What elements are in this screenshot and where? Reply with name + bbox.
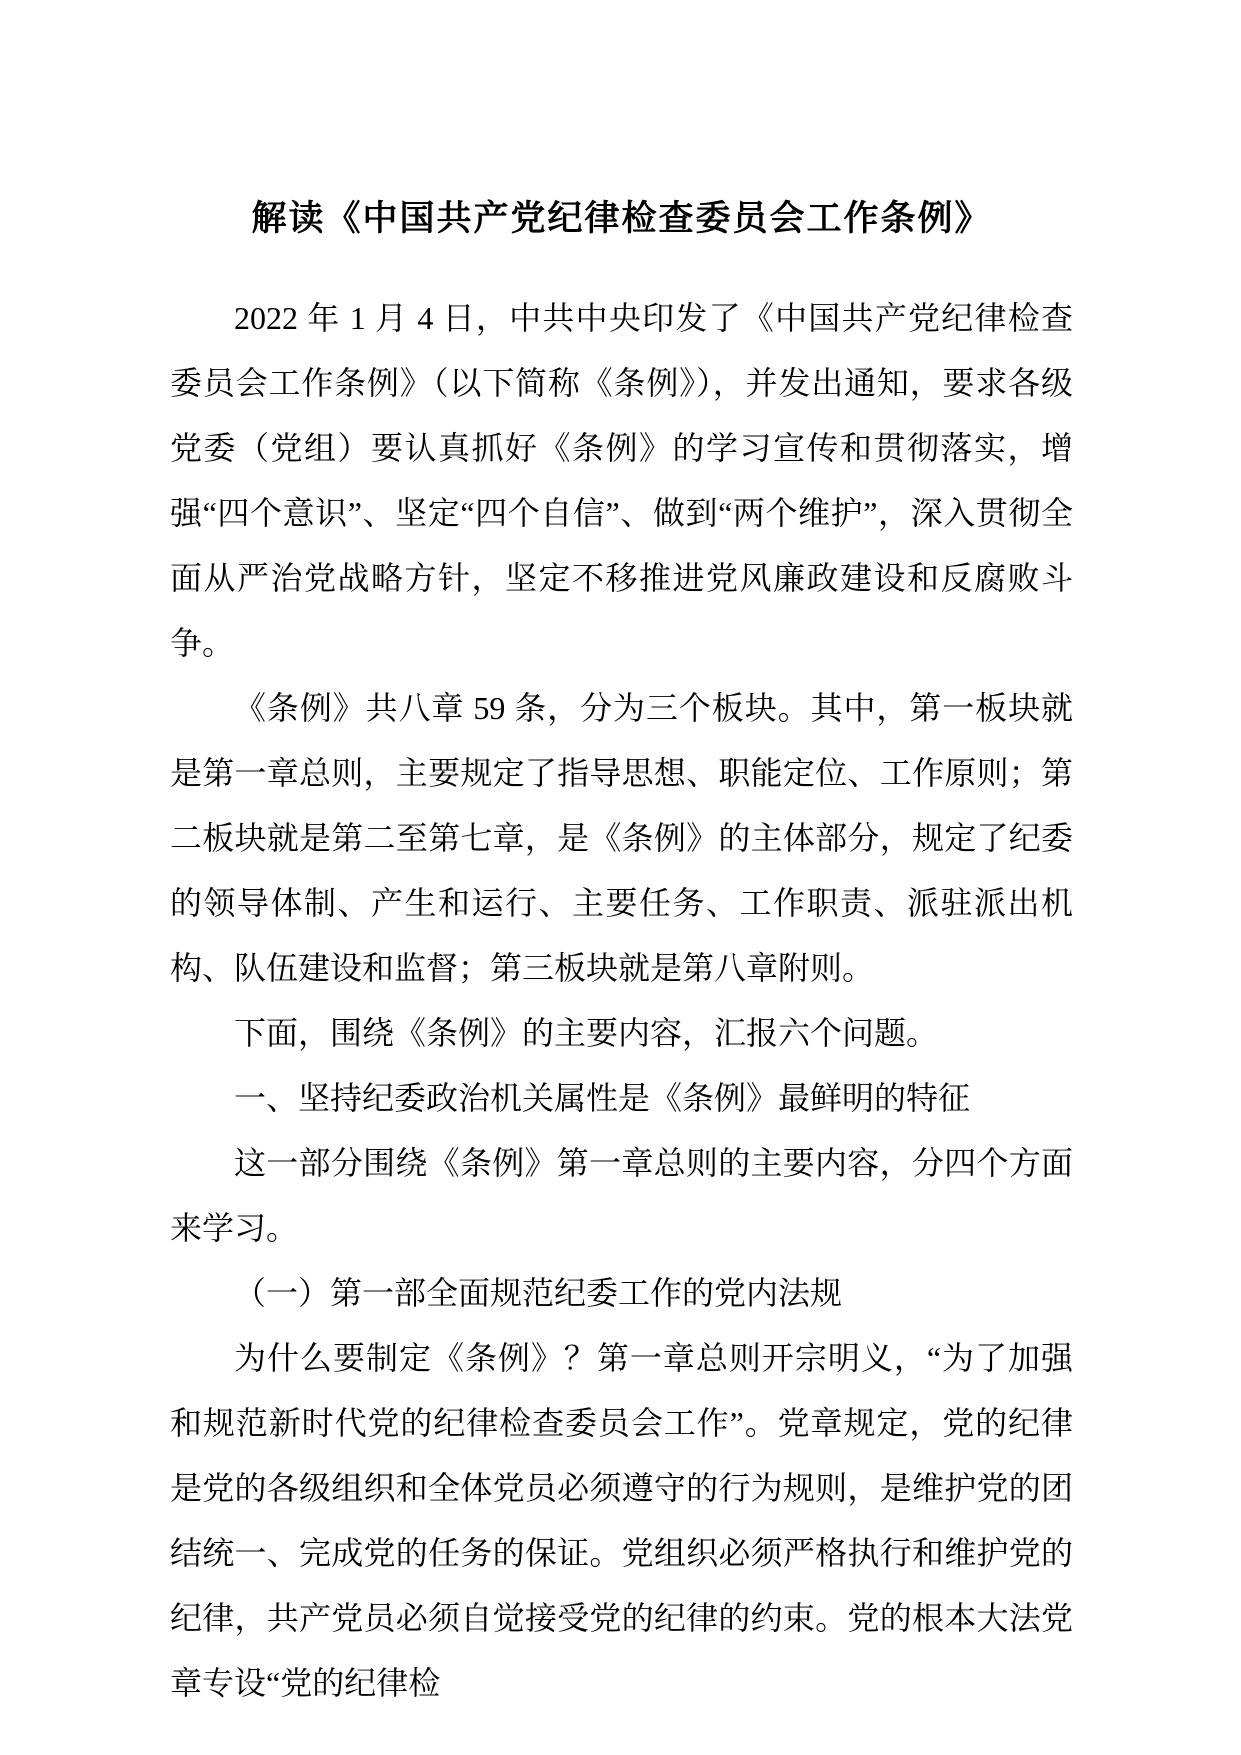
subsection-1-heading: （一）第一部全面规范纪委工作的党内法规 xyxy=(170,1261,1073,1326)
paragraph-section-1-intro: 这一部分围绕《条例》第一章总则的主要内容，分四个方面来学习。 xyxy=(170,1131,1073,1261)
paragraph-issuance: 2022 年 1 月 4 日，中共中央印发了《中国共产党纪律检查委员会工作条例》… xyxy=(170,286,1073,676)
paragraph-subsection-1-body: 为什么要制定《条例》？第一章总则开宗明义，“为了加强和规范新时代党的纪律检查委员… xyxy=(170,1326,1073,1716)
document-title: 解读《中国共产党纪律检查委员会工作条例》 xyxy=(170,196,1073,242)
document-page: 解读《中国共产党纪律检查委员会工作条例》 2022 年 1 月 4 日，中共中央… xyxy=(0,0,1241,1755)
document-body: 2022 年 1 月 4 日，中共中央印发了《中国共产党纪律检查委员会工作条例》… xyxy=(170,286,1073,1716)
paragraph-structure: 《条例》共八章 59 条，分为三个板块。其中，第一板块就是第一章总则，主要规定了… xyxy=(170,676,1073,1001)
document-content: 解读《中国共产党纪律检查委员会工作条例》 2022 年 1 月 4 日，中共中央… xyxy=(170,196,1073,1716)
section-1-heading: 一、坚持纪委政治机关属性是《条例》最鲜明的特征 xyxy=(170,1066,1073,1131)
paragraph-overview: 下面，围绕《条例》的主要内容，汇报六个问题。 xyxy=(170,1001,1073,1066)
